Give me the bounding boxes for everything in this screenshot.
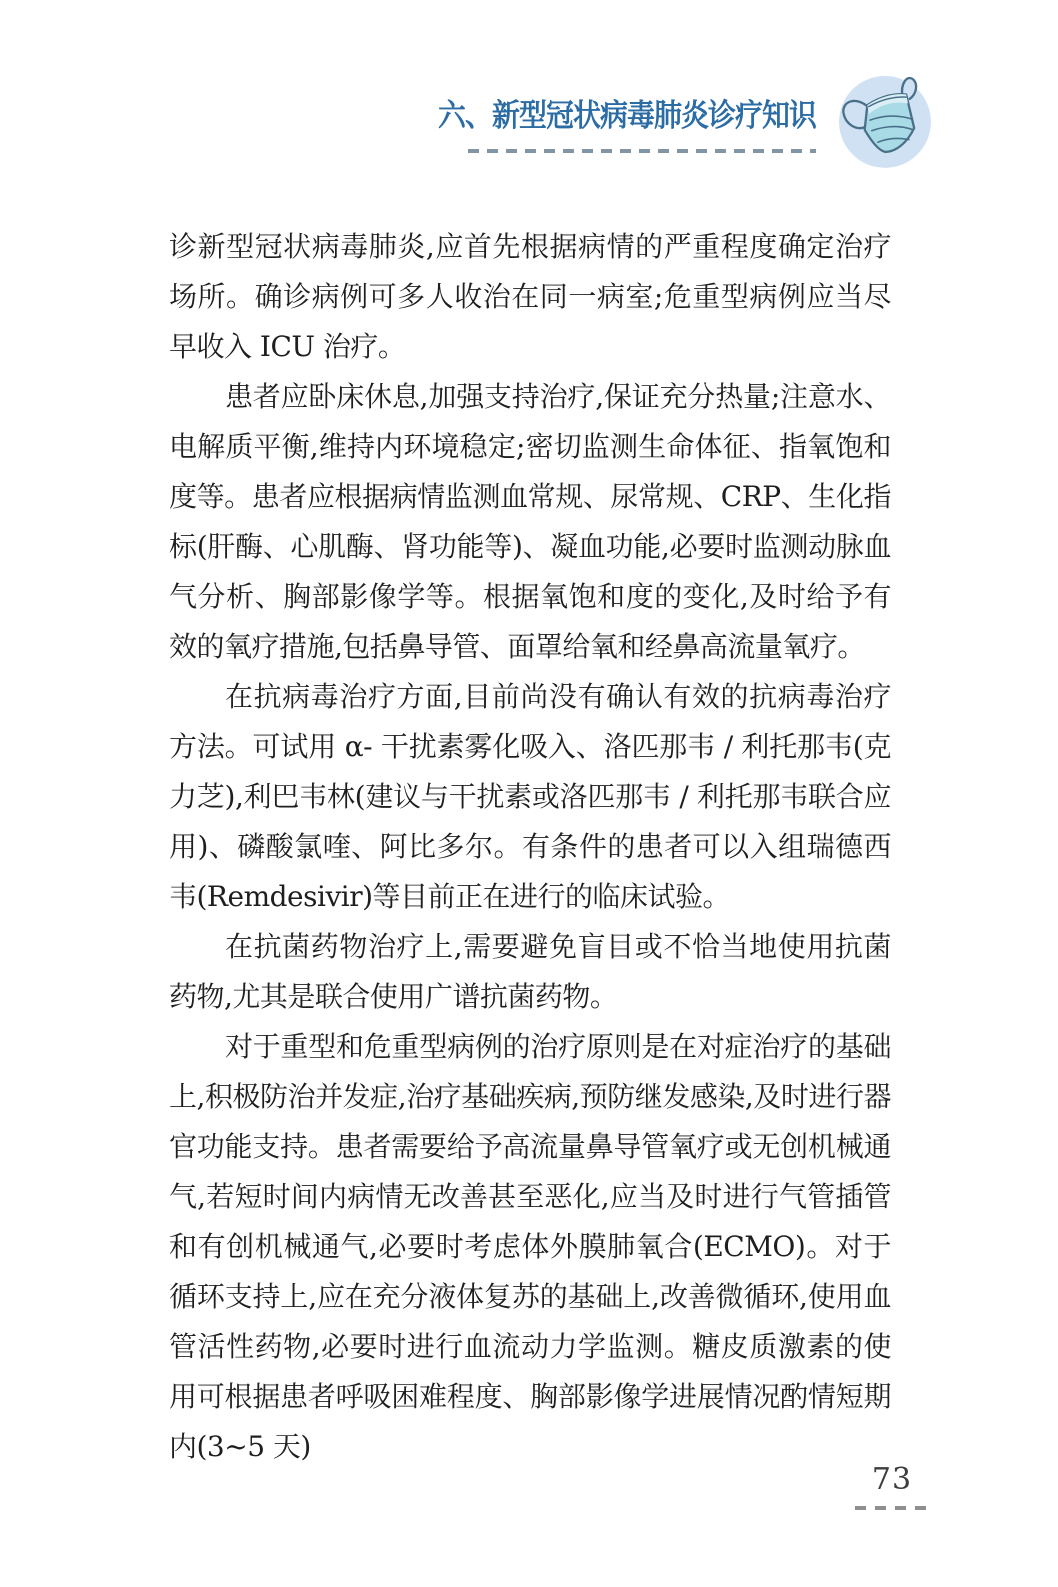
body-paragraph: 诊新型冠状病毒肺炎,应首先根据病情的严重程度确定治疗场所。确诊病例可多人收治在同…: [169, 222, 891, 372]
chapter-title-block: 六、新型冠状病毒肺炎诊疗知识: [396, 90, 816, 153]
chapter-title: 六、新型冠状病毒肺炎诊疗知识: [438, 90, 816, 135]
header-dashed-rule: [468, 149, 816, 153]
body-paragraph: 患者应卧床休息,加强支持治疗,保证充分热量;注意水、电解质平衡,维持内环境稳定;…: [169, 372, 891, 672]
page-number: 73: [840, 1462, 944, 1497]
footer-dashed-rule: [855, 1506, 929, 1510]
body-paragraph: 在抗菌药物治疗上,需要避免盲目或不恰当地使用抗菌药物,尤其是联合使用广谱抗菌药物…: [169, 922, 891, 1022]
book-page: 六、新型冠状病毒肺炎诊疗知识 诊新型冠状病毒肺炎,应首先根据病情的严重程度确定治…: [0, 0, 1058, 1587]
body-paragraph: 在抗病毒治疗方面,目前尚没有确认有效的抗病毒治疗方法。可试用 α- 干扰素雾化吸…: [169, 672, 891, 922]
page-header: 六、新型冠状病毒肺炎诊疗知识: [396, 68, 938, 174]
body-text: 诊新型冠状病毒肺炎,应首先根据病情的严重程度确定治疗场所。确诊病例可多人收治在同…: [169, 222, 891, 1472]
surgical-mask-icon: [832, 68, 938, 174]
page-footer: 73: [840, 1462, 944, 1510]
body-paragraph: 对于重型和危重型病例的治疗原则是在对症治疗的基础上,积极防治并发症,治疗基础疾病…: [169, 1022, 891, 1472]
